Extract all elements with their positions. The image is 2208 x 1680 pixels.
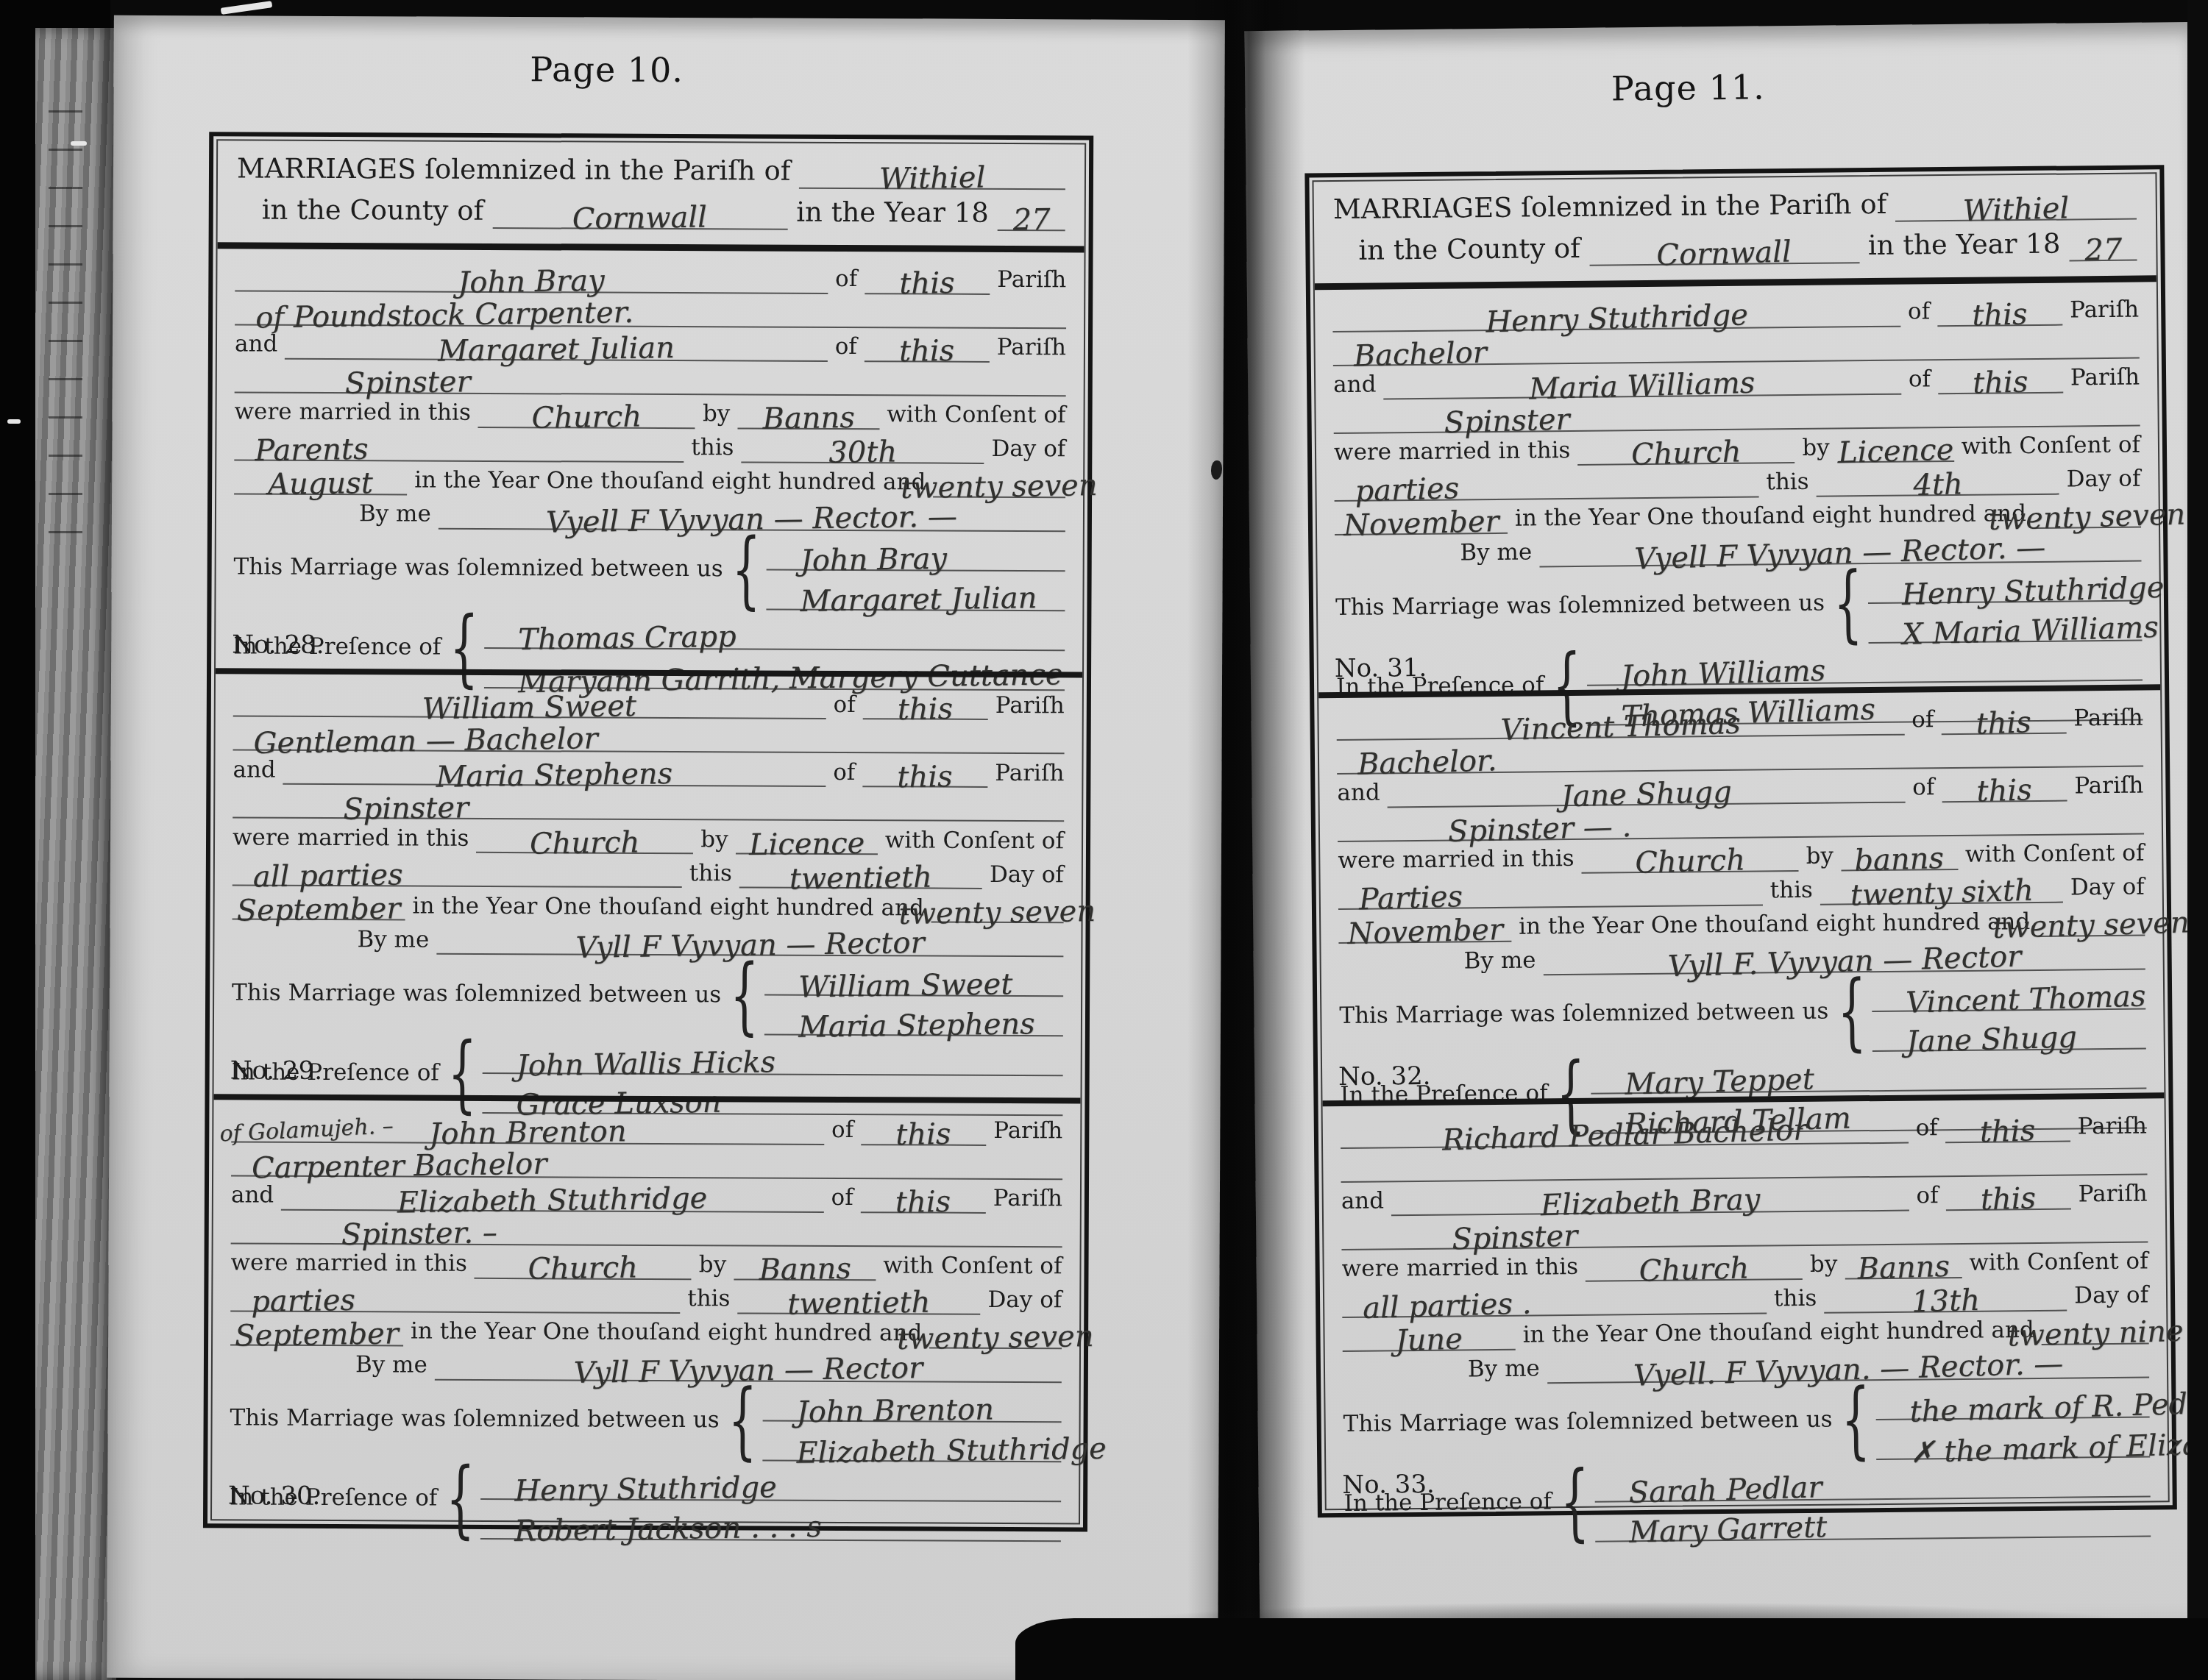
label-married-in: were married in this: [230, 1250, 467, 1278]
groom-name-line: Henry Stuthridge: [1332, 293, 1900, 332]
form-frame-inner: MARRIAGES ſolemnized in the Pariſh of Wi…: [210, 139, 1086, 1524]
day-value: twentieth: [787, 1292, 931, 1316]
bride-signature-line: Margaret Julian: [767, 571, 1065, 612]
day-value: 30th: [828, 442, 897, 464]
label-day-of: Day of: [2070, 875, 2145, 903]
marriage-record: Henry Stuthridge of this Pariſh Bachelor…: [1315, 282, 2160, 692]
label-and: and: [1333, 372, 1377, 400]
bride-parish-line: this: [865, 328, 990, 363]
label-day-of: Day of: [2066, 466, 2140, 495]
label-of: of: [1916, 1184, 1939, 1211]
county-label: in the County of: [262, 195, 484, 229]
consent-of: all parties .: [1363, 1294, 1532, 1320]
bride-parish: this: [1976, 780, 2032, 802]
records-right: Henry Stuthridge of this Pariſh Bachelor…: [1315, 282, 2168, 1509]
groom-signature-line: the mark of R. Pedlar.: [1875, 1378, 2149, 1420]
label-of: of: [1912, 775, 1935, 803]
label-parish: Pariſh: [2074, 773, 2143, 802]
day-value: twentieth: [789, 866, 933, 890]
groom-parish-line: this: [1941, 700, 2066, 736]
record-number: No. 30.: [228, 1481, 320, 1511]
presence-row: In the Preſence of { Henry Stuthridge Ro…: [230, 1459, 1061, 1542]
month-value: November: [1347, 919, 1503, 945]
label-of: of: [835, 266, 857, 294]
label-this: this: [1774, 1286, 1817, 1314]
couple-signature-lines: William Sweet Maria Stephens: [764, 956, 1063, 1037]
abode-occupation: Carpenter Bachelor: [252, 1153, 547, 1179]
solemnized-row: This Marriage was ſolemnized between us …: [233, 528, 1065, 611]
label-solemnized: This Marriage was ſolemnized between us: [1335, 591, 1825, 623]
groom-parish-line: this: [865, 260, 990, 295]
label-by-me: By me: [234, 501, 431, 530]
records-left: John Bray of this Pariſh of Poundstock C…: [212, 249, 1085, 1523]
by-means: Licence: [748, 833, 865, 855]
consent-line: all parties .: [1342, 1280, 1767, 1318]
marriage-record: John Brenton of this Pariſh of Golamujeh…: [212, 1094, 1081, 1523]
label-day-of: Day of: [991, 436, 1065, 464]
married-in: Church: [531, 407, 642, 430]
condition-row: Spinster: [235, 359, 1066, 396]
header-title: MARRIAGES ſolemnized in the Pariſh of: [237, 154, 791, 189]
label-by: by: [1810, 1252, 1838, 1280]
married-in: Church: [528, 1257, 638, 1280]
page-left: Page 10. MARRIAGES ſolemnized in the Par…: [107, 15, 1225, 1680]
label-by: by: [1806, 844, 1834, 872]
label-by-me: By me: [230, 1351, 427, 1380]
label-married-in: were married in this: [234, 399, 471, 428]
by-means: Banns: [762, 407, 855, 430]
consent-of: parties: [1355, 478, 1459, 502]
consent-line: Parents: [234, 427, 684, 463]
label-and: and: [235, 332, 277, 360]
day-line: twentieth: [737, 1280, 980, 1314]
bride-parish: this: [899, 341, 955, 363]
label-day-of: Day of: [987, 1287, 1062, 1315]
month-line: September: [230, 1311, 403, 1346]
groom-signature-line: Henry Stuthridge: [1868, 562, 2142, 605]
couple-signature-lines: the mark of R. Pedlar. ✗ the mark of Eli…: [1875, 1378, 2150, 1460]
consent-day-row: Parties this twenty sixth Day of: [1338, 869, 2145, 911]
bride-parish-line: this: [861, 1179, 986, 1214]
header-title: MARRIAGES ſolemnized in the Pariſh of: [1333, 189, 1887, 227]
label-solemnized: This Marriage was ſolemnized between us: [1343, 1407, 1833, 1439]
groom-signature-line: William Sweet: [764, 956, 1063, 997]
day-value: 4th: [1913, 474, 1963, 496]
groom-parish: this: [1972, 305, 2028, 327]
bride-name-line: Elizabeth Stuthridge: [281, 1176, 824, 1212]
bride-signature-line: X Maria Williams: [1868, 602, 2142, 644]
brace-glyph: {: [446, 1464, 475, 1535]
bride-signature: Maria Stephens: [798, 1014, 1035, 1039]
header-county-row: in the County of Cornwall in the Year 18…: [237, 193, 1065, 231]
register-form-right: MARRIAGES ſolemnized in the Pariſh of Wi…: [1304, 165, 2176, 1517]
by-means: Banns: [1857, 1256, 1950, 1280]
groom-name-line: William Sweet: [233, 683, 826, 720]
bride-row: and Margaret Julian of this Pariſh: [235, 325, 1066, 363]
solemnized-row: This Marriage was ſolemnized between us …: [232, 954, 1063, 1037]
county-value: Cornwall: [1656, 242, 1792, 267]
month-year-row: September in the Year One thouſand eight…: [232, 886, 1064, 924]
groom-parish: this: [1980, 1120, 2036, 1143]
label-solemnized: This Marriage was ſolemnized between us: [234, 555, 723, 585]
photo-edge-mark: [7, 419, 21, 424]
bride-parish: this: [1973, 371, 2028, 394]
label-parish: Pariſh: [2078, 1114, 2147, 1142]
parish-value: Withiel: [879, 168, 986, 191]
bride-name: Maria Stephens: [436, 763, 672, 788]
witness-1-line: Henry Stuthridge: [481, 1460, 1062, 1502]
by-means: Banns: [759, 1259, 851, 1281]
bride-name: Elizabeth Stuthridge: [397, 1188, 708, 1214]
brace-glyph: {: [1837, 977, 1867, 1048]
day-line: twentieth: [739, 855, 982, 889]
witness-1-line: Sarah Pedlar: [1595, 1457, 2151, 1502]
abode-row: of Golamujeh. – Carpenter Bachelor: [231, 1142, 1062, 1180]
bride-condition: Spinster: [1444, 410, 1570, 435]
register-header-left: MARRIAGES ſolemnized in the Pariſh of Wi…: [218, 140, 1085, 252]
consent-of: parties: [251, 1290, 355, 1313]
label-solemnized: This Marriage was ſolemnized between us: [232, 980, 721, 1010]
by-means-line: Banns: [737, 395, 879, 430]
label-parish: Pariſh: [993, 1118, 1062, 1146]
label-by-me: By me: [1335, 540, 1532, 569]
photo-edge-mark: [221, 1, 273, 15]
page-number-left: Page 10.: [210, 48, 1004, 91]
day-value: twenty sixth: [1850, 880, 2034, 907]
groom-parish-line: this: [1945, 1108, 2070, 1144]
bride-signature-line: Maria Stephens: [764, 996, 1063, 1037]
label-and: and: [232, 757, 275, 785]
label-of: of: [1911, 708, 1934, 736]
bride-parish-line: this: [1942, 768, 2067, 803]
month-value: November: [1343, 511, 1499, 537]
bride-condition: Spinster: [1452, 1226, 1578, 1251]
consent-day-row: parties this twentieth Day of: [230, 1278, 1062, 1315]
month-line: June: [1342, 1317, 1515, 1352]
consent-of: Parents: [255, 439, 369, 462]
groom-parish: this: [898, 699, 954, 721]
label-parish: Pariſh: [993, 1186, 1062, 1214]
register-form-left: MARRIAGES ſolemnized in the Pariſh of Wi…: [203, 132, 1093, 1531]
label-of: of: [833, 760, 855, 788]
year-line: 27: [2069, 227, 2137, 262]
solemnized-row: This Marriage was ſolemnized between us …: [1335, 562, 2143, 649]
groom-name: John Brenton: [429, 1121, 627, 1145]
label-by-me: By me: [232, 926, 429, 955]
abode-line: Gentleman — Bachelor: [233, 717, 1065, 755]
year-words: twenty seven: [897, 1326, 1094, 1350]
label-day-of: Day of: [2074, 1283, 2148, 1311]
month-value: September: [235, 1323, 399, 1347]
witness-1-line: Mary Teppet: [1591, 1050, 2146, 1095]
witness-1-line: John Wallis Hicks: [483, 1034, 1063, 1076]
label-married-in: were married in this: [1334, 438, 1571, 468]
witness-1-line: Thomas Crapp: [485, 609, 1065, 651]
year-label: in the Year 18: [1868, 229, 2061, 263]
by-means-line: banns: [1841, 836, 1958, 872]
month-year-row: September in the Year One thouſand eight…: [230, 1311, 1062, 1349]
year-words-line: twenty seven: [931, 889, 1064, 924]
condition-line: Spinster. –: [231, 1210, 1062, 1247]
label-consent: with Conſent of: [1969, 1249, 2148, 1278]
consent-of: Parties: [1358, 886, 1463, 911]
register-photo: Page 10. MARRIAGES ſolemnized in the Par…: [0, 0, 2208, 1680]
couple-signature-lines: John Bray Margaret Julian: [767, 531, 1065, 612]
groom-signature-line: John Bray: [767, 531, 1065, 572]
day-line: 30th: [741, 429, 984, 463]
label-consent: with Conſent of: [885, 827, 1064, 856]
groom-name-line: Richard Pedlar Bachelor: [1341, 1110, 1909, 1149]
year-words-line: twenty seven: [2037, 903, 2145, 937]
label-of: of: [831, 1117, 853, 1145]
page-stack-stitch-marks: [49, 110, 82, 566]
label-by: by: [699, 1252, 727, 1280]
witness-signature-lines: Sarah Pedlar Mary Garrett: [1595, 1457, 2151, 1542]
couple-signature-lines: Henry Stuthridge X Maria Williams: [1868, 562, 2143, 644]
groom-row: John Bray of this Pariſh: [235, 257, 1066, 295]
witness-1-line: John Williams: [1587, 641, 2143, 686]
married-in: Church: [1635, 850, 1745, 875]
label-married-in: were married in this: [1338, 846, 1575, 876]
bride-signature-line: Jane Shugg: [1872, 1010, 2146, 1053]
label-parish: Pariſh: [2073, 705, 2143, 734]
brace-glyph: {: [732, 535, 762, 606]
photo-edge-mark: [71, 141, 87, 146]
label-by: by: [700, 827, 728, 855]
condition-line: Spinster: [235, 359, 1066, 396]
groom-parish: this: [1976, 712, 2031, 735]
abode-line: of Golamujeh. – Carpenter Bachelor: [231, 1142, 1062, 1180]
bride-name: Jane Shugg: [1561, 782, 1732, 808]
bride-parish: this: [898, 766, 954, 789]
label-consent: with Conſent of: [1965, 841, 2145, 870]
bride-condition: Spinster. –: [341, 1222, 497, 1246]
groom-name: John Bray: [458, 271, 605, 294]
abode-note: of Golamujeh. –: [219, 1118, 394, 1142]
label-consent: with Conſent of: [1962, 433, 2141, 462]
day-value: 13th: [1911, 1290, 1981, 1313]
label-this: this: [1766, 469, 1809, 497]
bride-name: Margaret Julian: [438, 338, 675, 363]
label-by: by: [1802, 435, 1830, 463]
page-number-right: Page 11.: [1304, 64, 2072, 111]
by-means-line: Banns: [734, 1246, 876, 1281]
presence-row: In the Preſence of { Sarah Pedlar Mary G…: [1343, 1457, 2151, 1545]
bride-row: and Elizabeth Stuthridge of this Pariſh: [231, 1176, 1062, 1214]
groom-parish: this: [895, 1124, 951, 1146]
solemnized-row: This Marriage was ſolemnized between us …: [1343, 1378, 2150, 1465]
bride-parish-line: this: [1945, 1176, 2070, 1211]
label-by-me: By me: [1339, 948, 1536, 978]
by-means-line: Licence: [736, 821, 878, 855]
married-in: Church: [1631, 442, 1742, 466]
month-line: November: [1338, 908, 1511, 944]
month-line: August: [234, 460, 407, 495]
groom-signature: John Brenton: [797, 1399, 995, 1423]
abode-occupation: Bachelor.: [1357, 750, 1497, 775]
parish-line: Withiel: [799, 155, 1065, 191]
label-this: this: [1770, 878, 1814, 905]
bride-name-line: Jane Shugg: [1388, 769, 1906, 808]
label-of: of: [1908, 299, 1931, 327]
year-line: 27: [998, 197, 1065, 231]
record-number: No. 32.: [1338, 1061, 1431, 1092]
abode-occupation: Gentleman — Bachelor: [253, 728, 597, 755]
label-of: of: [1915, 1116, 1938, 1144]
groom-parish-line: this: [863, 686, 988, 720]
register-header-right: MARRIAGES ſolemnized in the Pariſh of Wi…: [1313, 174, 2156, 290]
by-means-line: Banns: [1845, 1245, 1962, 1280]
label-of: of: [831, 1185, 853, 1213]
condition-line: Spinster: [232, 785, 1064, 822]
bride-name-line: Elizabeth Bray: [1391, 1178, 1909, 1217]
married-in: Church: [1639, 1258, 1749, 1282]
day-line: twenty sixth: [1820, 869, 2063, 905]
witness-2-signature: Robert Jackson . . . s: [514, 1517, 822, 1542]
marriage-record: William Sweet of this Pariſh Gentleman —…: [214, 669, 1083, 1097]
month-line: November: [1335, 500, 1508, 535]
bride-name-line: Margaret Julian: [285, 326, 828, 362]
by-means: banns: [1854, 848, 1944, 872]
label-consent: with Conſent of: [887, 402, 1065, 431]
photo-bottom-edge: [1015, 1618, 2208, 1680]
bride-parish: this: [895, 1192, 951, 1214]
condition-row: Spinster. –: [231, 1210, 1062, 1247]
bride-name-line: Maria Williams: [1383, 361, 1901, 400]
label-solemnized: This Marriage was ſolemnized between us: [1339, 999, 1828, 1031]
county-value: Cornwall: [572, 207, 708, 231]
header-parish-row: MARRIAGES ſolemnized in the Pariſh of Wi…: [1333, 186, 2137, 227]
label-parish: Pariſh: [995, 761, 1064, 789]
record-number: No. 31.: [1335, 653, 1427, 683]
record-number: No. 28.: [232, 630, 324, 661]
label-parish: Pariſh: [2078, 1181, 2147, 1210]
groom-signature-line: John Brenton: [763, 1381, 1062, 1423]
year-words-line: twenty nine: [2041, 1310, 2148, 1345]
marriage-record: John Bray of this Pariſh of Poundstock C…: [216, 249, 1084, 672]
by-means-line: Licence: [1836, 428, 1953, 463]
bride-signature-line: ✗ the mark of Elizabeth Bray: [1876, 1417, 2150, 1460]
county-label: in the County of: [1358, 233, 1580, 268]
month-line: September: [232, 886, 405, 921]
bride-parish-line: this: [1938, 360, 2063, 395]
label-and: and: [1341, 1189, 1385, 1217]
year-label: in the Year 18: [796, 197, 989, 231]
label-of: of: [834, 692, 856, 720]
bride-condition: Spinster: [343, 797, 469, 820]
label-married-in: were married in this: [1342, 1254, 1579, 1284]
abode-occupation: Bachelor: [1353, 343, 1487, 368]
label-year-line: in the Year One thouſand eight hundred a…: [413, 893, 924, 923]
witness-2-signature: Mary Garrett: [1629, 1517, 1828, 1544]
parish-value: Withiel: [1963, 198, 2070, 222]
label-this: this: [689, 861, 732, 889]
label-of: of: [835, 334, 857, 362]
solemnized-row: This Marriage was ſolemnized between us …: [230, 1379, 1061, 1462]
condition-row: Spinster: [232, 785, 1064, 822]
label-parish: Pariſh: [2070, 365, 2140, 394]
header-parish-row: MARRIAGES ſolemnized in the Pariſh of Wi…: [237, 152, 1065, 190]
consent-line: parties: [1334, 464, 1758, 502]
day-line: 4th: [1816, 461, 2059, 497]
month-value: September: [237, 898, 401, 922]
year-words: twenty seven: [1989, 505, 2186, 531]
witness-1-signature: John Wallis Hicks: [516, 1052, 776, 1077]
brace-glyph: {: [1834, 569, 1863, 640]
label-year-line: in the Year One thouſand eight hundred a…: [411, 1319, 922, 1349]
label-year-line: in the Year One thouſand eight hundred a…: [414, 468, 926, 498]
label-of: of: [1909, 367, 1931, 395]
year-value: 27: [1012, 210, 1050, 232]
abode-line: of Poundstock Carpenter.: [235, 291, 1066, 329]
label-parish: Pariſh: [997, 335, 1066, 363]
month-year-row: August in the Year One thouſand eight hu…: [234, 460, 1065, 498]
label-parish: Pariſh: [2070, 297, 2139, 326]
year-words-line: twenty seven: [2034, 494, 2141, 529]
label-solemnized: This Marriage was ſolemnized between us: [230, 1405, 720, 1435]
bride-signature: Jane Shugg: [1906, 1027, 2078, 1053]
label-by-me: By me: [1343, 1356, 1540, 1386]
couple-signature-lines: Vincent Thomas Jane Shugg: [1872, 970, 2146, 1053]
brace-glyph: {: [1841, 1385, 1870, 1456]
abode-row: of Poundstock Carpenter.: [235, 291, 1066, 329]
marriage-record: Richard Pedlar Bachelor of this Pariſh a…: [1322, 1092, 2168, 1509]
groom-name-line: John Bray: [235, 257, 828, 294]
married-in-line: Church: [1581, 838, 1798, 874]
groom-parish-line: this: [1937, 292, 2062, 327]
label-consent: with Conſent of: [883, 1253, 1062, 1281]
record-number: No. 29.: [230, 1056, 322, 1086]
label-this: this: [691, 435, 734, 463]
married-in-line: Church: [1577, 430, 1795, 466]
year-words-line: twenty seven: [933, 464, 1065, 499]
witness-2-line: Mary Garrett: [1595, 1497, 2151, 1542]
label-by: by: [703, 402, 731, 430]
consent-day-row: Parents this 30th Day of: [234, 427, 1065, 464]
bride-signature: Margaret Julian: [801, 588, 1037, 613]
solemnized-row: This Marriage was ſolemnized between us …: [1339, 970, 2146, 1058]
groom-row: William Sweet of this Pariſh: [233, 683, 1065, 721]
groom-signature: William Sweet: [798, 974, 1013, 998]
consent-of: all parties: [253, 864, 403, 888]
consent-line: parties: [230, 1278, 680, 1314]
page-right: Page 11. MARRIAGES ſolemnized in the Par…: [1245, 22, 2205, 1643]
couple-signature-lines: John Brenton Elizabeth Stuthridge: [763, 1381, 1062, 1462]
bride-name-line: Maria Stephens: [283, 751, 826, 787]
married-in: Church: [530, 832, 640, 855]
married-in-line: Church: [478, 394, 695, 429]
year-words: twenty seven: [901, 475, 1098, 499]
month-value: August: [268, 473, 373, 496]
bride-signature-line: Elizabeth Stuthridge: [763, 1421, 1062, 1462]
groom-signature: John Bray: [801, 549, 948, 572]
photo-right-edge: [2187, 0, 2208, 1680]
label-parish: Pariſh: [995, 693, 1065, 721]
groom-signature-line: Vincent Thomas: [1872, 970, 2145, 1013]
county-line: Cornwall: [492, 195, 787, 230]
label-married-in: were married in this: [232, 825, 469, 853]
bride-parish: this: [1981, 1188, 2037, 1211]
consent-line: Parties: [1338, 872, 1763, 911]
brace-glyph: {: [728, 1385, 757, 1456]
groom-name: William Sweet: [422, 696, 637, 720]
year-words: twenty seven: [1992, 913, 2190, 939]
bride-signature: Elizabeth Stuthridge: [797, 1438, 1107, 1464]
year-words: twenty nine: [2007, 1321, 2184, 1348]
bride-row: and Maria Stephens of this Pariſh: [232, 751, 1064, 789]
label-parish: Pariſh: [997, 267, 1066, 295]
year-words-line: twenty seven: [929, 1314, 1062, 1349]
